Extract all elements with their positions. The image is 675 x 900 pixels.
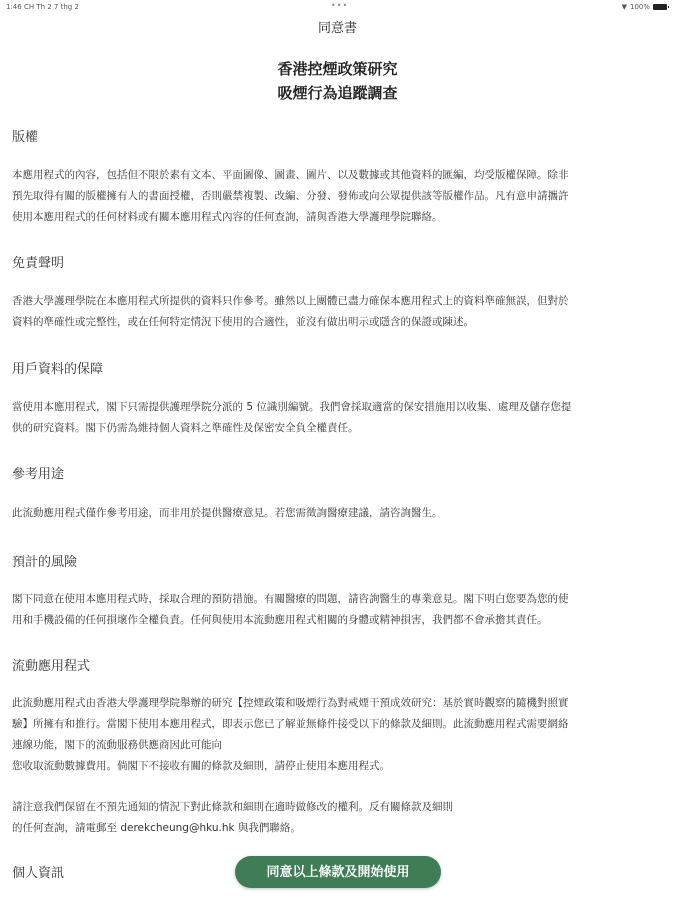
battery-icon: [653, 4, 667, 10]
paragraph-line: 供的研究資料。閣下仍需為維持個人資料之準確性及保密安全負全權責任。: [12, 418, 662, 439]
paragraph-line: 連線功能，閣下的流動服務供應商因此可能向: [12, 735, 662, 756]
section-body-mobile-app: 此流動應用程式由香港大學護理學院舉辦的研究【控煙政策和吸煙行為對戒煙干預成效研究…: [12, 693, 662, 777]
status-bar: 1:46 CH Th 2 7 thg 2 ••• ▼ 100%: [0, 0, 675, 14]
wifi-icon: ▼: [622, 3, 627, 11]
section-body-notice: 請注意我們保留在不預先通知的情況下對此條款和細則在適時做修改的權利。反有關條款及…: [12, 797, 662, 839]
section-body-reference-use: 此流動應用程式僅作參考用途，而非用於提供醫療意見。若您需徵詢醫療建議，請咨詢醫生…: [12, 503, 662, 524]
paragraph-line: 的任何查詢，請電郵至 derekcheung@hku.hk 與我們聯絡。: [12, 818, 662, 839]
paragraph-line: 使用本應用程式的任何材料或有關本應用程式內容的任何查詢，請與香港大學護理學院聯絡…: [12, 207, 662, 228]
section-heading-reference-use: 參考用途: [12, 463, 64, 482]
paragraph-line: 香港大學護理學院在本應用程式所提供的資料只作參考。雖然以上團體已盡力確保本應用程…: [12, 291, 662, 312]
title-line-1: 香港控煙政策研究: [0, 57, 675, 81]
paragraph-line: 此流動應用程式由香港大學護理學院舉辦的研究【控煙政策和吸煙行為對戒煙干預成效研究…: [12, 693, 662, 714]
status-indicators: ▼ 100%: [622, 3, 667, 11]
paragraph-line: 請注意我們保留在不預先通知的情況下對此條款和細則在適時做修改的權利。反有關條款及…: [12, 797, 662, 818]
paragraph-line: 閣下同意在使用本應用程式時，採取合理的預防措施。有關醫療的問題，請咨詢醫生的專業…: [12, 589, 662, 610]
nav-title: 同意書: [0, 17, 675, 36]
section-body-privacy: 當使用本應用程式，閣下只需提供護理學院分派的 5 位識別編號。我們會採取適當的保…: [12, 397, 662, 439]
title-line-2: 吸煙行為追蹤調查: [0, 81, 675, 105]
paragraph-line: 驗】所擁有和推行。當閣下使用本應用程式，即表示您已了解並無條件接受以下的條款及細…: [12, 714, 662, 735]
paragraph-line: 本應用程式的內容，包括但不限於素有文本、平面圖像、圖畫、圖片、以及數據或其他資料…: [12, 165, 662, 186]
multitasking-dots-icon[interactable]: •••: [331, 1, 348, 10]
paragraph-line: 預先取得有關的版權擁有人的書面授權，否則嚴禁複製、改編、分發、發佈或向公眾提供該…: [12, 186, 662, 207]
section-heading-risks: 預計的風險: [12, 551, 77, 570]
paragraph-line: 當使用本應用程式，閣下只需提供護理學院分派的 5 位識別編號。我們會採取適當的保…: [12, 397, 662, 418]
battery-percent: 100%: [630, 3, 650, 11]
agree-and-start-button[interactable]: 同意以上條款及開始使用: [235, 856, 441, 888]
section-heading-disclaimer: 免責聲明: [12, 252, 64, 271]
section-body-copyright: 本應用程式的內容，包括但不限於素有文本、平面圖像、圖畫、圖片、以及數據或其他資料…: [12, 165, 662, 228]
page-title: 香港控煙政策研究 吸煙行為追蹤調查: [0, 57, 675, 105]
paragraph-line: 此流動應用程式僅作參考用途，而非用於提供醫療意見。若您需徵詢醫療建議，請咨詢醫生…: [12, 503, 662, 524]
section-body-risks: 閣下同意在使用本應用程式時，採取合理的預防措施。有關醫療的問題，請咨詢醫生的專業…: [12, 589, 662, 631]
status-time-date: 1:46 CH Th 2 7 thg 2: [6, 3, 79, 11]
section-heading-copyright: 版權: [12, 126, 38, 145]
section-body-disclaimer: 香港大學護理學院在本應用程式所提供的資料只作參考。雖然以上團體已盡力確保本應用程…: [12, 291, 662, 333]
section-heading-privacy: 用戶資料的保障: [12, 358, 103, 377]
section-heading-personal-info: 個人資訊: [12, 862, 64, 881]
paragraph-line: 用和手機設備的任何損壞作全權負責。任何與使用本流動應用程式相關的身體或精神損害，…: [12, 610, 662, 631]
paragraph-line: 您收取流動數據費用。倘閣下不接收有關的條款及細則，請停止使用本應用程式。: [12, 756, 662, 777]
section-heading-mobile-app: 流動應用程式: [12, 655, 90, 674]
paragraph-line: 資料的準確性或完整性，或在任何特定情況下使用的合適性，並沒有做出明示或隱含的保證…: [12, 312, 662, 333]
